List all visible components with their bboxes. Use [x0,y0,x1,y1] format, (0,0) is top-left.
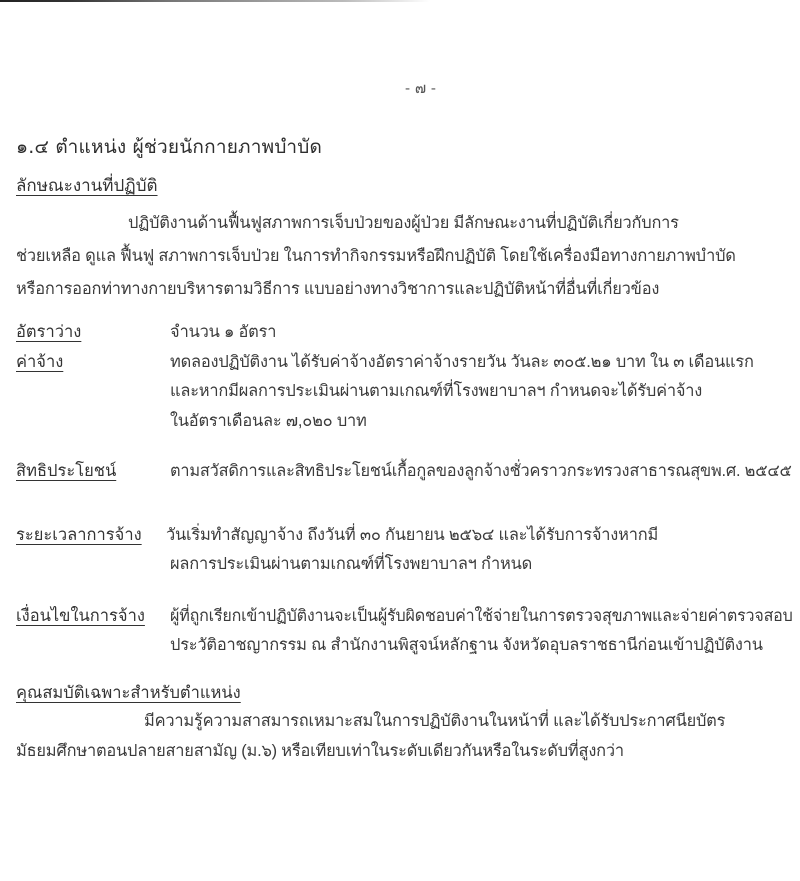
conditions-line: ผู้ที่ถูกเรียกเข้าปฏิบัติงานจะเป็นผู้รับ… [170,603,793,629]
job-description-line: ปฏิบัติงานด้านฟื้นฟูสภาพการเจ็บป่วยของผู… [128,210,788,236]
wage-label: ค่าจ้าง [16,349,63,375]
employment-period-line: ผลการประเมินผ่านตามเกณฑ์ที่โรงพยาบาลฯ กำ… [170,551,532,577]
benefits-value: ตามสวัสดิการและสิทธิประโยชน์เกื้อกูลของล… [170,458,792,484]
qualifications-label: คุณสมบัติเฉพาะสำหรับตำแหน่ง [16,680,241,706]
position-heading: ๑.๔ ตำแหน่ง ผู้ช่วยนักกายภาพบำบัด [16,132,322,162]
qualifications-line: มัธยมศึกษาตอนปลายสายสามัญ (ม.๖) หรือเทีย… [16,738,624,764]
conditions-line: ประวัติอาชญากรรม ณ สำนักงานพิสูจน์หลักฐา… [170,632,763,658]
wage-line: ทดลองปฏิบัติงาน ได้รับค่าจ้างอัตราค่าจ้า… [170,349,754,375]
scan-edge [0,0,430,2]
wage-line: ในอัตราเดือนละ ๗,๐๒๐ บาท [170,408,367,434]
employment-period-label: ระยะเวลาการจ้าง [16,522,142,548]
page-number: - ๗ - [405,76,436,100]
job-description-line: ช่วยเหลือ ดูแล ฟื้นฟู สภาพการเจ็บป่วย ใน… [16,243,791,269]
employment-period-line: วันเริ่มทำสัญญาจ้าง ถึงวันที่ ๓๐ กันยายน… [166,522,658,548]
vacancy-value: จำนวน ๑ อัตรา [170,319,276,345]
vacancy-label: อัตราว่าง [16,319,81,345]
job-description-label: ลักษณะงานที่ปฏิบัติ [16,172,158,199]
wage-line: และหากมีผลการประเมินผ่านตามเกณฑ์ที่โรงพย… [170,378,702,404]
conditions-label: เงื่อนไขในการจ้าง [16,603,145,629]
benefits-label: สิทธิประโยชน์ [16,458,116,484]
qualifications-line: มีความรู้ความสาสมารถเหมาะสมในการปฏิบัติง… [144,708,725,734]
job-description-line: หรือการออกท่าทางกายบริหารตามวิธีการ แบบอ… [16,276,659,302]
